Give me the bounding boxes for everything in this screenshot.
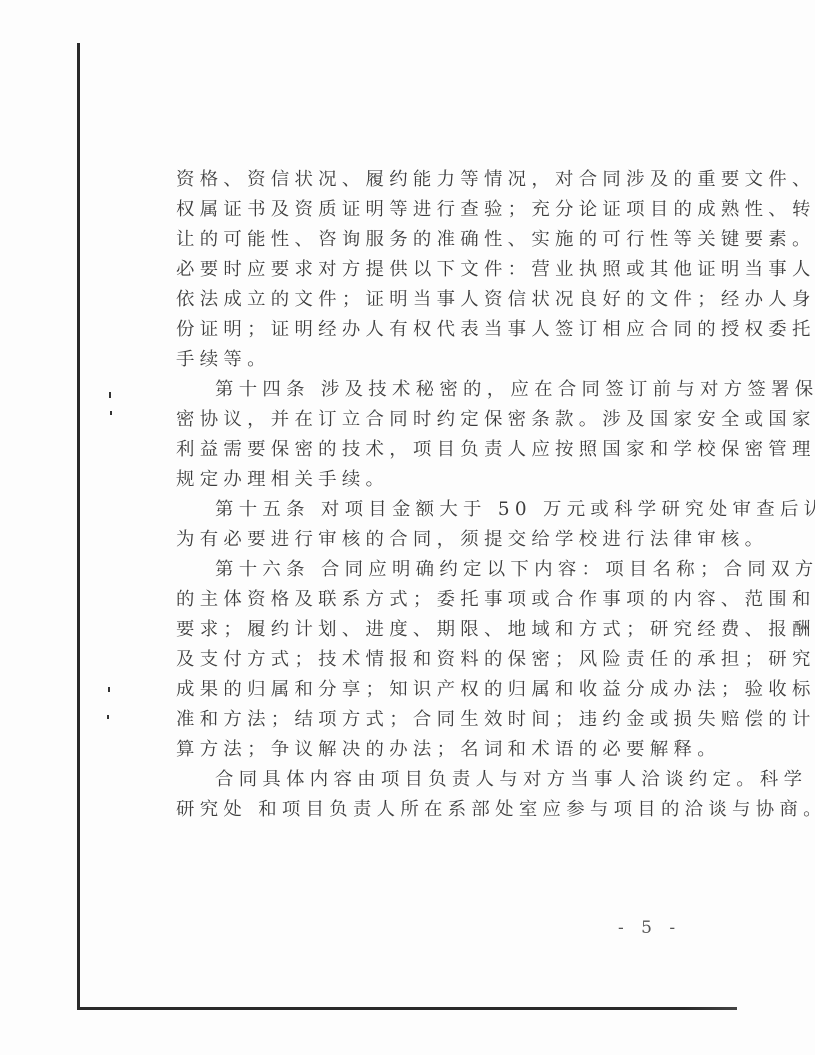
text-line: 资格、资信状况、履约能力等情况，对合同涉及的重要文件、 (176, 165, 654, 195)
article-15-start: 第十五条 对项目金额大于 50 万元或科学研究处审查后认 (176, 495, 654, 525)
text-line: 份证明；证明经办人有权代表当事人签订相应合同的授权委托 (176, 315, 654, 345)
text-line: 及支付方式；技术情报和资料的保密；风险责任的承担；研究 (176, 645, 654, 675)
text-line: 要求；履约计划、进度、期限、地域和方式；研究经费、报酬 (176, 615, 654, 645)
text-line: 成果的归属和分享；知识产权的归属和收益分成办法；验收标 (176, 675, 654, 705)
scanned-page: 资格、资信状况、履约能力等情况，对合同涉及的重要文件、 权属证书及资质证明等进行… (0, 0, 815, 1055)
text-line: 算方法；争议解决的办法；名词和术语的必要解释。 (176, 735, 654, 765)
text-line: 的主体资格及联系方式；委托事项或合作事项的内容、范围和 (176, 585, 654, 615)
margin-mark (107, 715, 109, 719)
margin-mark (110, 411, 112, 415)
text-line: 让的可能性、咨询服务的准确性、实施的可行性等关键要素。 (176, 225, 654, 255)
text-line: 为有必要进行审核的合同，须提交给学校进行法律审核。 (176, 525, 654, 555)
paragraph-start: 合同具体内容由项目负责人与对方当事人洽谈约定。科学 (176, 765, 654, 795)
margin-mark (109, 392, 111, 398)
body-text: 资格、资信状况、履约能力等情况，对合同涉及的重要文件、 权属证书及资质证明等进行… (176, 165, 654, 825)
text-line: 必要时应要求对方提供以下文件：营业执照或其他证明当事人 (176, 255, 654, 285)
page-number: - 5 - (618, 918, 681, 938)
article-14-start: 第十四条 涉及技术秘密的，应在合同签订前与对方签署保 (176, 375, 654, 405)
text-line: 依法成立的文件；证明当事人资信状况良好的文件；经办人身 (176, 285, 654, 315)
text-line: 准和方法；结项方式；合同生效时间；违约金或损失赔偿的计 (176, 705, 654, 735)
text-line: 规定办理相关手续。 (176, 465, 654, 495)
text-line: 研究处 和项目负责人所在系部处室应参与项目的洽谈与协商。 (176, 795, 654, 825)
margin-mark (108, 687, 110, 692)
page-border-left (77, 43, 80, 1010)
text-line: 密协议，并在订立合同时约定保密条款。涉及国家安全或国家 (176, 405, 654, 435)
text-line: 权属证书及资质证明等进行查验；充分论证项目的成熟性、转 (176, 195, 654, 225)
article-16-start: 第十六条 合同应明确约定以下内容：项目名称；合同双方 (176, 555, 654, 585)
text-line: 利益需要保密的技术，项目负责人应按照国家和学校保密管理 (176, 435, 654, 465)
text-line: 手续等。 (176, 345, 654, 375)
page-border-bottom (77, 1007, 737, 1010)
